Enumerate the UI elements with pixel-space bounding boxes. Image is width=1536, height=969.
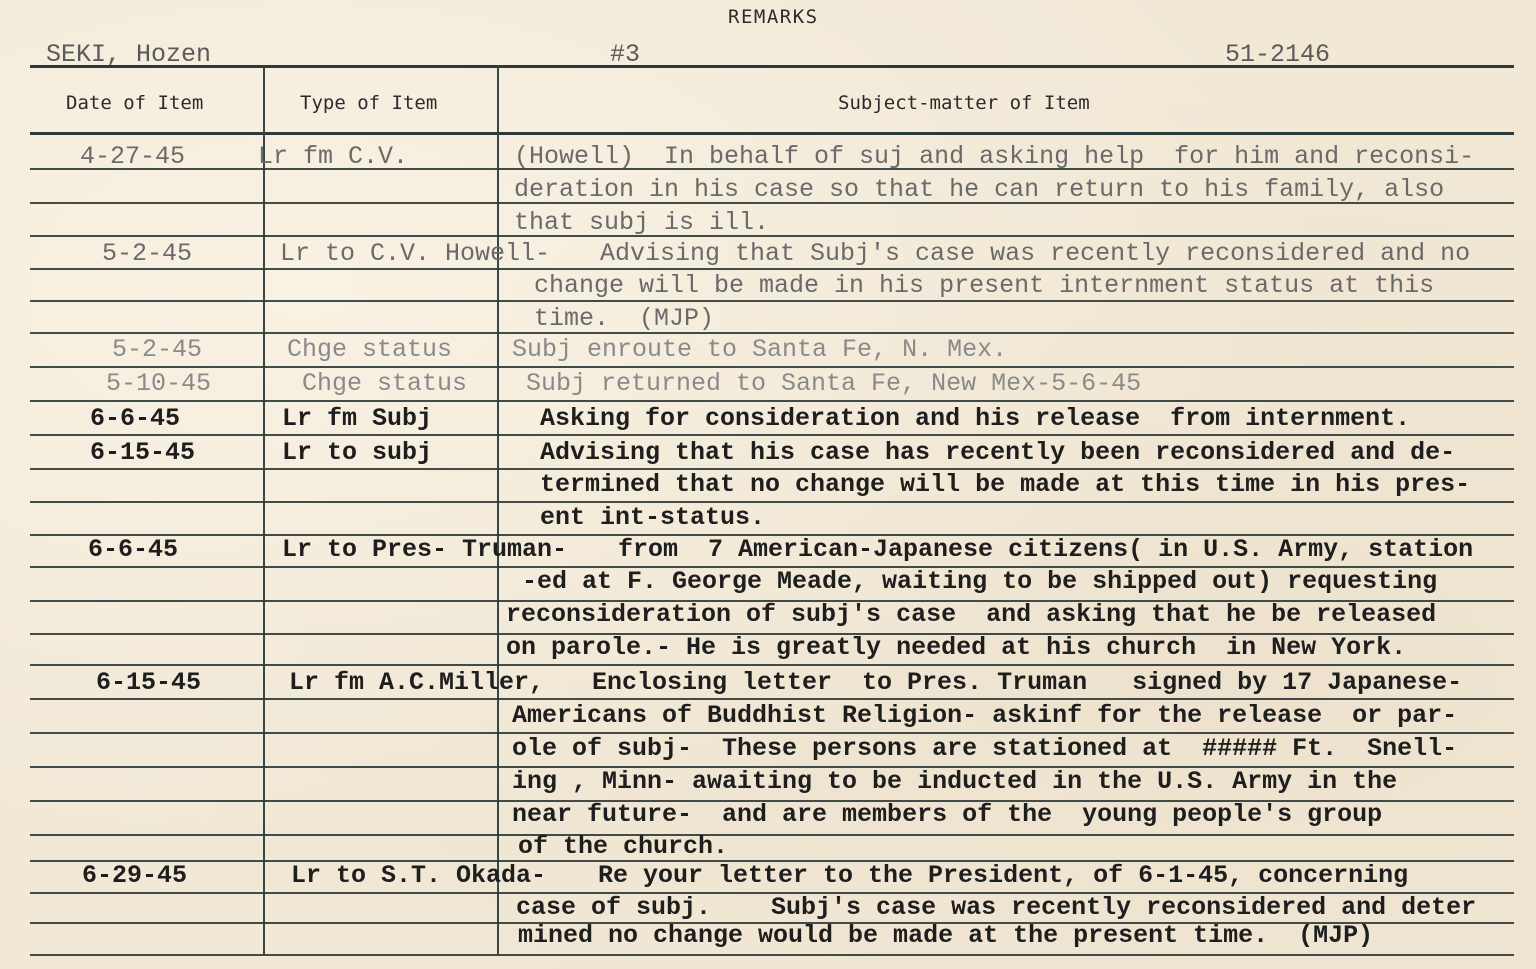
entry-subject-line: on parole.- He is greatly needed at his … bbox=[506, 631, 1406, 664]
column-header-rule bbox=[30, 132, 1514, 135]
entry-subject-line: termined that no change will be made at … bbox=[540, 468, 1470, 501]
entry-type: Lr to S.T. Okada- bbox=[291, 859, 546, 892]
entry-subject-line: (Howell) In behalf of suj and asking hel… bbox=[514, 140, 1474, 173]
entry-subject-line: ing , Minn- awaiting to be inducted in t… bbox=[512, 765, 1397, 798]
entry-type: Lr to subj bbox=[282, 436, 432, 469]
column-header-date: Date of Item bbox=[66, 92, 203, 114]
entry-subject-line: near future- and are members of the youn… bbox=[512, 798, 1382, 831]
entry-subject-line: Asking for consideration and his release… bbox=[540, 402, 1410, 435]
entry-date: 6-6-45 bbox=[88, 533, 178, 566]
card-title: REMARKS bbox=[728, 6, 819, 28]
entry-subject-line: Americans of Buddhist Religion- askinf f… bbox=[512, 699, 1457, 732]
entry-type: Chge status bbox=[302, 367, 467, 400]
index-card: REMARKS SEKI, Hozen #3 51-2146 Date of I… bbox=[0, 0, 1536, 969]
row-rule bbox=[30, 834, 1514, 836]
entry-type: Lr fm A.C.Miller, bbox=[289, 666, 544, 699]
entry-subject-line: Enclosing letter to Pres. Truman signed … bbox=[592, 666, 1462, 699]
entry-subject-line: Advising that Subj's case was recently r… bbox=[600, 237, 1470, 270]
entry-subject-line: ent int-status. bbox=[540, 501, 765, 534]
row-rule bbox=[30, 954, 1514, 956]
entry-type: Lr fm Subj bbox=[282, 402, 432, 435]
column-divider bbox=[263, 66, 265, 954]
header-rule bbox=[30, 65, 1514, 68]
entry-subject-line: deration in his case so that he can retu… bbox=[514, 173, 1444, 206]
entry-subject-line: reconsideration of subj's case and askin… bbox=[506, 598, 1436, 631]
column-header-type: Type of Item bbox=[300, 92, 437, 114]
column-header-subject: Subject-matter of Item bbox=[838, 92, 1090, 114]
entry-date: 6-6-45 bbox=[90, 402, 180, 435]
entry-type: Lr to Pres- Truman- bbox=[282, 533, 567, 566]
entry-subject-line: Advising that his case has recently been… bbox=[540, 436, 1455, 469]
entry-subject-line: Subj enroute to Santa Fe, N. Mex. bbox=[512, 333, 1007, 366]
row-rule bbox=[30, 501, 1514, 503]
entry-date: 5-2-45 bbox=[112, 333, 202, 366]
entry-date: 6-15-45 bbox=[90, 436, 195, 469]
entry-date: 4-27-45 bbox=[80, 140, 185, 173]
entry-subject-line: Re your letter to the President, of 6-1-… bbox=[598, 859, 1408, 892]
entry-subject-line: Subj returned to Santa Fe, New Mex-5-6-4… bbox=[526, 367, 1141, 400]
entry-subject-line: change will be made in his present inter… bbox=[534, 269, 1434, 302]
entry-date: 5-10-45 bbox=[106, 367, 211, 400]
entry-subject-line: time. (MJP) bbox=[534, 302, 714, 335]
entry-subject-line: ole of subj- These persons are stationed… bbox=[512, 732, 1457, 765]
entry-date: 6-15-45 bbox=[96, 666, 201, 699]
entry-subject-line: that subj is ill. bbox=[514, 206, 769, 239]
entry-type: Chge status bbox=[287, 333, 452, 366]
entry-date: 5-2-45 bbox=[102, 237, 192, 270]
entry-type: Lr to C.V. Howell- bbox=[280, 237, 550, 270]
column-divider bbox=[497, 66, 499, 954]
entry-subject-line: from 7 American-Japanese citizens( in U.… bbox=[618, 533, 1473, 566]
entry-subject-line: -ed at F. George Meade, waiting to be sh… bbox=[522, 565, 1437, 598]
entry-type: Lr fm C.V. bbox=[258, 140, 408, 173]
entry-date: 6-29-45 bbox=[82, 859, 187, 892]
entry-subject-line: mined no change would be made at the pre… bbox=[518, 919, 1373, 952]
